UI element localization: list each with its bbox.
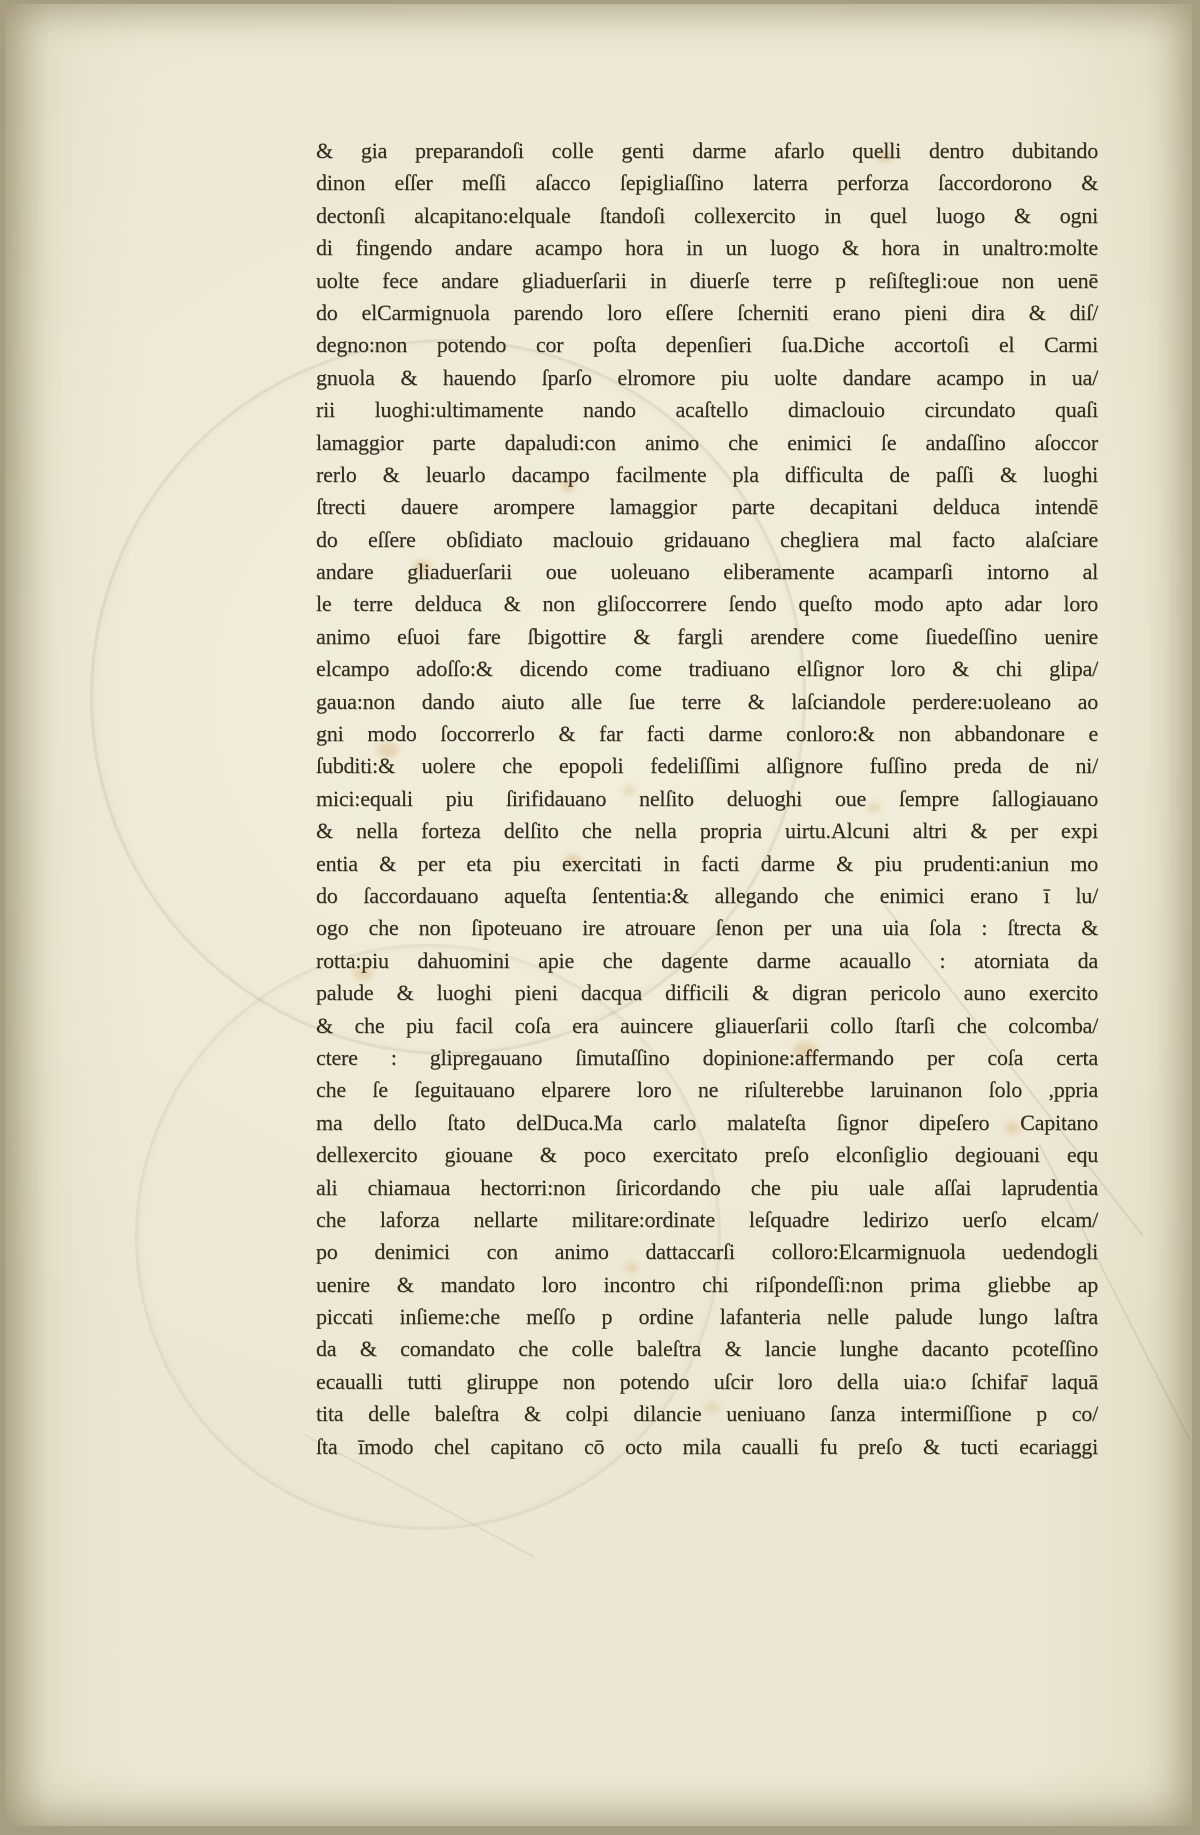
text-line: che laforza nellarte militare:ordinate l… (316, 1204, 1098, 1236)
text-line: mici:equali piu ſirifidauano nelſito del… (316, 783, 1098, 815)
text-line: uolte fece andare gliaduerſarii in diuer… (316, 265, 1098, 297)
text-line: ecaualli tutti gliruppe non potendo uſci… (316, 1366, 1098, 1398)
text-line: rotta:piu dahuomini apie che dagente dar… (316, 945, 1098, 977)
text-line: ctere : glipregauano ſimutaſſino dopinio… (316, 1042, 1098, 1074)
text-line: lamaggior parte dapaludi:con animo che e… (316, 427, 1098, 459)
text-line: gni modo ſoccorrerlo & far facti darme c… (316, 718, 1098, 750)
text-line: & nella forteza delſito che nella propri… (316, 815, 1098, 847)
text-line: do elCarmignuola parendo loro eſſere ſch… (316, 297, 1098, 329)
text-line: dellexercito giouane & poco exercitato p… (316, 1139, 1098, 1171)
text-line: ſtrecti dauere arompere lamaggior parte … (316, 491, 1098, 523)
text-block: & gia preparandoſi colle genti darme afa… (316, 135, 1098, 1463)
text-line: entia & per eta piu exercitati in facti … (316, 848, 1098, 880)
text-line: che ſe ſeguitauano elparere loro ne riſu… (316, 1074, 1098, 1106)
text-line: ſta īmodo chel capitano cō octo mila cau… (316, 1431, 1098, 1463)
text-line: animo eſuoi fare ſbigottire & fargli are… (316, 621, 1098, 653)
text-line: gaua:non dando aiuto alle ſue terre & la… (316, 686, 1098, 718)
text-line: uenire & mandato loro incontro chi riſpo… (316, 1269, 1098, 1301)
text-line: ali chiamaua hectorri:non ſiricordando c… (316, 1172, 1098, 1204)
text-line: palude & luoghi pieni dacqua difficili &… (316, 977, 1098, 1009)
scanned-book-page: & gia preparandoſi colle genti darme afa… (0, 0, 1200, 1835)
text-line: dectonſi alcapitano:elquale ſtandoſi col… (316, 200, 1098, 232)
text-line: po denimici con animo dattaccarſi collor… (316, 1236, 1098, 1268)
text-line: rerlo & leuarlo dacampo facilmente pla d… (316, 459, 1098, 491)
text-line: & che piu facil coſa era auincere gliaue… (316, 1010, 1098, 1042)
text-line: rii luoghi:ultimamente nando acaſtello d… (316, 394, 1098, 426)
text-line: gnuola & hauendo ſparſo elromore piu uol… (316, 362, 1098, 394)
text-line: andare gliaduerſarii oue uoleuano eliber… (316, 556, 1098, 588)
text-line: tita delle baleſtra & colpi dilancie uen… (316, 1398, 1098, 1430)
text-line: da & comandato che colle baleſtra & lanc… (316, 1333, 1098, 1365)
text-line: degno:non potendo cor poſta depenſieri ſ… (316, 329, 1098, 361)
text-line: do eſſere obſidiato maclouio gridauano c… (316, 524, 1098, 556)
text-line: le terre delduca & non gliſoccorrere ſen… (316, 588, 1098, 620)
text-line: di fingendo andare acampo hora in un luo… (316, 232, 1098, 264)
text-line: dinon eſſer meſſi aſacco ſepigliaſſino l… (316, 167, 1098, 199)
page-paper: & gia preparandoſi colle genti darme afa… (5, 4, 1192, 1826)
text-line: do ſaccordauano aqueſta ſententia:& alle… (316, 880, 1098, 912)
text-line: ma dello ſtato delDuca.Ma carlo malateſt… (316, 1107, 1098, 1139)
text-line: piccati inſieme:che meſſo p ordine lafan… (316, 1301, 1098, 1333)
text-line: & gia preparandoſi colle genti darme afa… (316, 135, 1098, 167)
text-line: ogo che non ſipoteuano ire atrouare ſeno… (316, 912, 1098, 944)
text-line: elcampo adoſſo:& dicendo come tradiuano … (316, 653, 1098, 685)
text-line: ſubditi:& uolere che epopoli fedeliſſimi… (316, 750, 1098, 782)
